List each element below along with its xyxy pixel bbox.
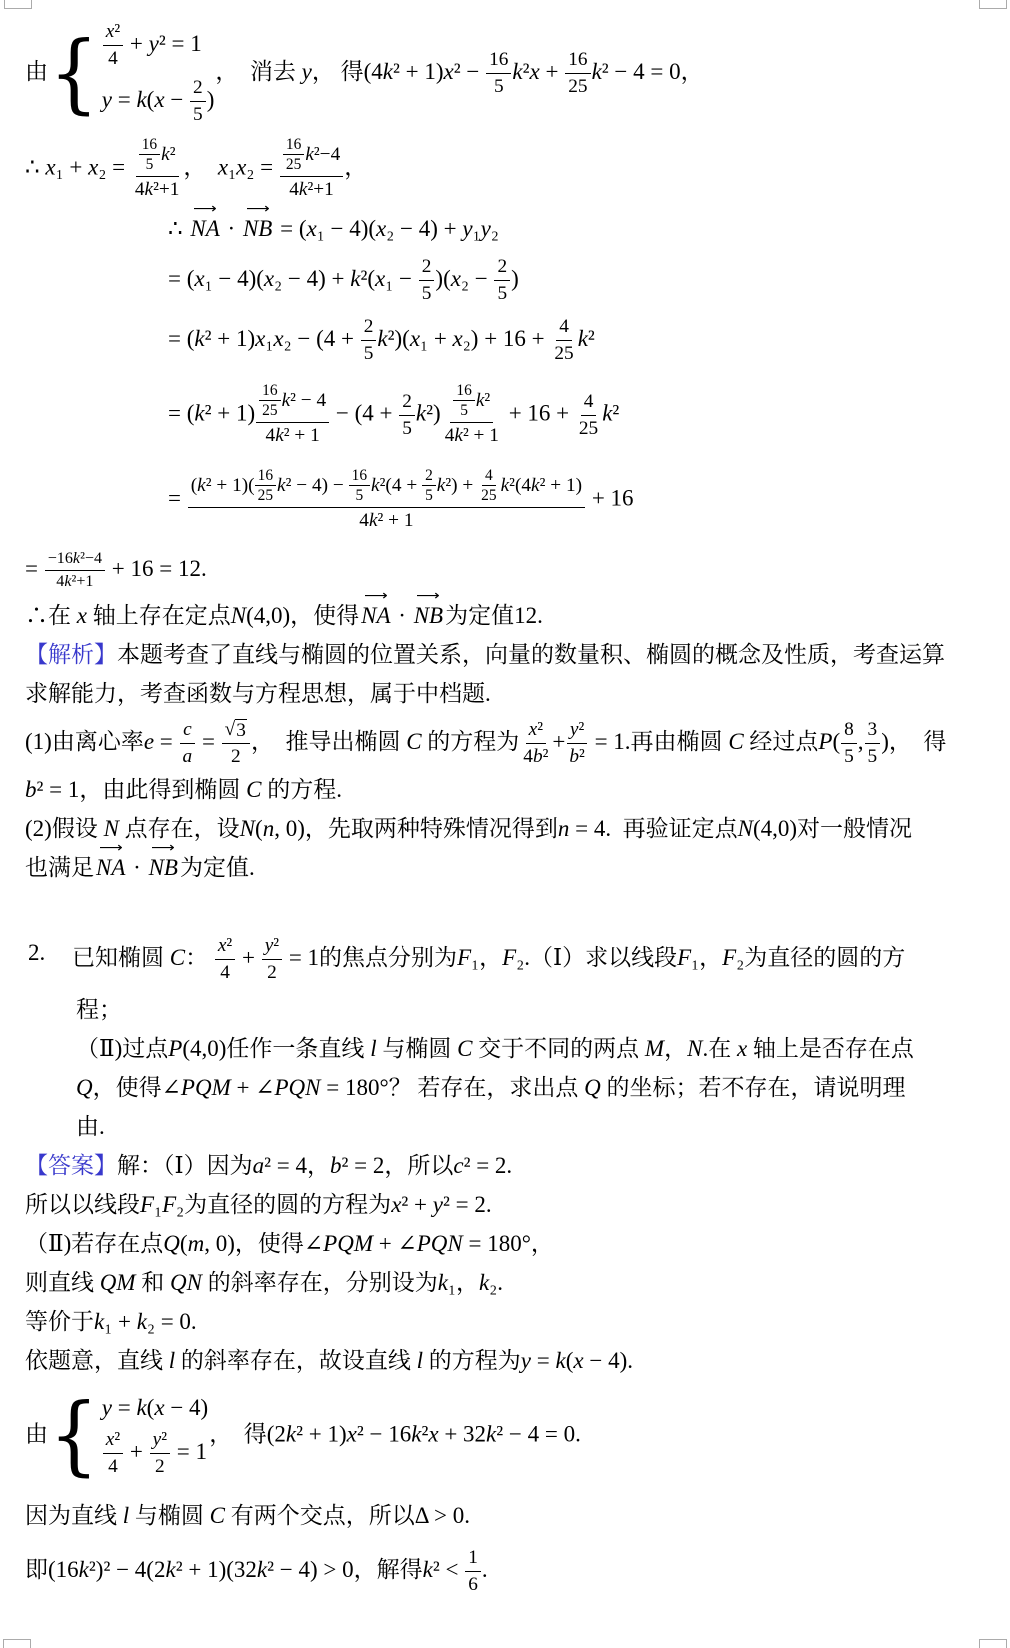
system-rows: x²4 + y² = 1y = k(x − 25) (102, 20, 215, 128)
text-run: 所以以线段F₁F₂为直径的圆的方程为x² + y² = 2. (25, 1192, 492, 1217)
text-run: k² (578, 326, 595, 351)
numerator: 2 (190, 76, 206, 102)
math-variable: n (558, 816, 570, 841)
fraction: 165k²4k² + 1 (442, 382, 502, 449)
text-run: 2 (497, 256, 507, 277)
math-variable: k (161, 144, 170, 165)
text-run: x² (529, 719, 543, 740)
math-variable: k (277, 475, 286, 496)
denominator: a (180, 744, 196, 769)
math-variable: x (88, 154, 98, 179)
text-run: 2 (193, 77, 203, 98)
math-variable: k (73, 550, 80, 567)
text-run: 8 (844, 719, 854, 740)
text-run: = (x₁ − 4)(x₂ − 4) + y₁y₂ (274, 216, 499, 241)
vector-body: NB (414, 603, 443, 628)
text-run: 16 (262, 382, 277, 399)
corner-mark-top-left (4, 0, 32, 9)
text-run: = (168, 485, 187, 510)
numerator: 16 (565, 48, 590, 74)
fraction: x²4 (103, 20, 123, 71)
text-run: 则直线 QM 和 QN 的斜率存在，分别设为k₁，k₂. (25, 1270, 503, 1295)
math-variable: k (438, 1270, 448, 1295)
text-run: 本题考查了直线与椭圆的位置关系，向量的数量积、椭圆的概念及性质，考查运算 (117, 642, 945, 667)
document-body: 由{x²4 + y² = 1y = k(x − 25)， 消去 y， 得(4k²… (0, 0, 1010, 1598)
fraction: 1625 (259, 382, 280, 420)
math-variable: k (531, 475, 540, 496)
denominator: 25 (283, 155, 304, 173)
math-variable: x (154, 87, 164, 112)
numerator: x² (103, 20, 123, 46)
math-variable: k (512, 59, 522, 84)
math-variable: y (433, 1192, 443, 1217)
math-variable: k (144, 179, 153, 200)
text-run: 4 (108, 1456, 118, 1477)
text-run: = (k² + 1)x₁x₂ − (4 + (168, 326, 360, 351)
fraction: 25 (399, 390, 415, 441)
math-variable: b (25, 777, 37, 802)
denominator: 2 (228, 744, 244, 769)
math-variable: x (106, 21, 115, 42)
text-run: ∴在 x 轴上存在定点N(4,0)，使得 (25, 603, 359, 628)
fraction: 25 (422, 467, 436, 505)
item-body: 已知椭圆 C： x²4 + y²2 = 1的焦点分别为F₁，F₂.（Ⅰ）求以线段… (72, 934, 986, 985)
numerator: 2 (422, 467, 436, 486)
math-variable: k (194, 326, 204, 351)
math-variable: k (416, 401, 426, 426)
fraction: −16k²−44k²+1 (45, 549, 105, 592)
math-variable: C (246, 777, 261, 802)
math-variable: k (555, 1348, 565, 1373)
text-run: 4k²+1 (289, 179, 334, 200)
analysis-heading-line: 【解析】本题考查了直线与椭圆的位置关系，向量的数量积、椭圆的概念及性质，考查运算 (25, 636, 986, 673)
fraction: 165 (349, 467, 370, 505)
text-run: k² − 4) − (277, 475, 349, 496)
text-run: 程； (76, 997, 122, 1022)
answer-system-line: 由{y = k(x − 4)x²4 + y²2 = 1， 得(2k² + 1)x… (25, 1391, 986, 1481)
text-run: + (124, 1439, 148, 1464)
system-row: y = k(x − 4) (102, 1393, 208, 1423)
math-variable: F (722, 945, 736, 970)
vieta-line: ∴ x₁ + x₂ = 165k²4k²+1， x₁x₂ = 1625k²−44… (25, 136, 986, 203)
text-run: 25 (258, 487, 273, 504)
math-variable: a (253, 1153, 265, 1178)
text-run: 25 (286, 156, 301, 173)
numerator: 16 (486, 48, 511, 74)
fraction: y²2 (262, 934, 282, 985)
vector-body: NB (243, 216, 272, 241)
math-variable: M (645, 1036, 664, 1061)
math-variable: k (371, 475, 380, 496)
analysis-step-1b: b² = 1，由此得到椭圆 C 的方程. (25, 771, 986, 808)
text-run: 由. (76, 1114, 105, 1139)
text-run: 2 (425, 467, 433, 484)
fraction: x²4b² (520, 718, 551, 769)
text-run: x² (106, 21, 120, 42)
vector-NB: ⟶NB (414, 597, 443, 634)
text-run: k²) (416, 401, 441, 426)
text-run: 4b² (523, 746, 548, 767)
math-variable: y (102, 1395, 112, 1420)
text-run: 4k²+1 (135, 179, 180, 200)
math-variable: x (347, 1422, 357, 1447)
denominator: 4 (105, 46, 121, 71)
text-run: b² = 1，由此得到椭圆 C 的方程. (25, 777, 342, 802)
denominator: 4k² + 1 (356, 508, 416, 533)
fraction: y²b² (566, 718, 587, 769)
math-variable: PQN (274, 1075, 320, 1100)
math-variable: l (123, 1503, 129, 1528)
math-variable: l (417, 1348, 423, 1373)
numerator: 4 (581, 390, 597, 416)
numerator: 8 (841, 718, 857, 744)
math-variable: k (282, 390, 291, 411)
text-run: ， 得(2k² + 1)x² − 16k²x + 32k² − 4 = 0. (209, 1422, 581, 1447)
numerator: c (180, 718, 195, 744)
math-variable: k (257, 1557, 267, 1582)
numerator: x² (215, 934, 235, 960)
left-brace: { (49, 33, 99, 115)
numerator: y² (262, 934, 282, 960)
math-variable: x (428, 1422, 438, 1447)
vector-arrow-icon: ⟶ (246, 203, 270, 217)
answer-heading-line: 【答案】解：（Ⅰ）因为a² = 4，b² = 2，所以c² = 2. (25, 1147, 986, 1184)
math-variable: k (369, 510, 378, 531)
text-run: + y² = 1 (124, 31, 202, 56)
text-run: 因为直线 l 与椭圆 C 有两个交点，所以Δ > 0. (25, 1503, 470, 1528)
numerator: 16 (259, 382, 280, 401)
math-variable: k (79, 1557, 89, 1582)
radicand: 3 (235, 719, 247, 742)
fraction: 35 (865, 718, 881, 769)
math-variable: NB (243, 216, 272, 241)
fraction: y²2 (150, 1428, 170, 1479)
math-variable: y (521, 1348, 531, 1373)
vector-NA: ⟶NA (96, 849, 125, 886)
numerator: 2 (494, 255, 510, 281)
numerator: −16k²−4 (45, 549, 105, 571)
text-run: 25 (554, 343, 573, 364)
text-run: 已知椭圆 C： (72, 945, 214, 970)
text-run: 为定值. (180, 855, 255, 880)
math-variable: PQM (181, 1075, 231, 1100)
fraction: 425 (551, 315, 576, 366)
text-run: 5 (460, 402, 468, 419)
math-variable: c (183, 719, 192, 740)
vector-NB: ⟶NB (243, 210, 272, 247)
denominator: 5 (491, 74, 507, 99)
text-run: · (393, 603, 412, 628)
fraction: x²4 (215, 934, 235, 985)
fraction: ca (180, 718, 196, 769)
numerator: 3 (865, 718, 881, 744)
denominator: 4k²+1 (53, 571, 96, 592)
fraction: 425 (576, 390, 601, 441)
math-variable: y (265, 935, 274, 956)
text-run: Q，使得∠PQM + ∠PQN = 180°？ 若存在，求出点 Q 的坐标；若不… (76, 1075, 906, 1100)
text-run: + (236, 945, 260, 970)
math-variable: x (444, 59, 454, 84)
math-variable: NA (190, 216, 219, 241)
math-variable: l (169, 1348, 175, 1373)
problem-2-cont-2: （Ⅱ)过点P(4,0)任作一条直线 l 与椭圆 C 交于不同的两点 M，N.在 … (76, 1030, 986, 1067)
denominator: 4 (217, 960, 233, 985)
corner-mark-bottom-left (3, 1639, 31, 1648)
math-variable: x (255, 326, 265, 351)
numerator: 4 (556, 315, 572, 341)
denominator: b² (566, 744, 587, 769)
math-variable: C (210, 1503, 225, 1528)
equation-system: {y = k(x − 4)x²4 + y²2 = 1 (49, 1393, 208, 1479)
answer-delta-line: 因为直线 l 与椭圆 C 有两个交点，所以Δ > 0. (25, 1497, 986, 1534)
text-run: 4k² + 1 (266, 425, 320, 446)
math-variable: k (411, 1422, 421, 1447)
text-run: y = k(x − (102, 87, 189, 112)
numerator: 1625k² − 4 (256, 382, 329, 424)
text-run: k² − 4 (282, 390, 327, 411)
problem-2-cont-3: Q，使得∠PQM + ∠PQN = 180°？ 若存在，求出点 Q 的坐标；若不… (76, 1069, 986, 1106)
text-run: 5 (868, 746, 878, 767)
numerator: (k² + 1)(1625k² − 4) − 165k²(4 + 25k²) +… (188, 467, 585, 509)
math-variable: N (104, 816, 119, 841)
fraction: 85 (841, 718, 857, 769)
numerator: 2 (419, 255, 435, 281)
text-run: 1 (468, 1547, 478, 1568)
text-run: 解：（Ⅰ）因为a² = 4，b² = 2，所以c² = 2. (117, 1153, 512, 1178)
text-run: 25 (262, 402, 277, 419)
denominator: 25 (259, 401, 280, 419)
denominator: 5 (143, 155, 157, 173)
denominator: 5 (841, 744, 857, 769)
item-number: 2. (28, 934, 72, 985)
math-variable: x (106, 1429, 115, 1450)
document-page: 由{x²4 + y² = 1y = k(x − 25)， 消去 y， 得(4k²… (0, 0, 1010, 1648)
text-run: 25 (568, 76, 587, 97)
math-variable: k (578, 326, 588, 351)
left-brace: { (49, 1395, 99, 1477)
math-variable: k (286, 1422, 296, 1447)
text-run: 等价于k₁ + k₂ = 0. (25, 1309, 197, 1334)
text-run: ∴ x₁ + x₂ = (25, 154, 131, 179)
text-run: )(x₂ − (435, 266, 493, 291)
math-variable: y (102, 87, 112, 112)
text-run: ， 推导出椭圆 C 的方程为 (251, 729, 519, 754)
vector-arrow-icon: ⟶ (193, 203, 217, 217)
fraction: 165 (139, 136, 160, 174)
text-run: = (x₁ − 4)(x₂ − 4) + k²(x₁ − (168, 266, 418, 291)
math-variable: k (64, 573, 71, 590)
text-run: 5 (422, 283, 432, 304)
math-variable: Q (163, 1231, 180, 1256)
text-run: 4 (220, 962, 230, 983)
radical-sign: √ (225, 719, 236, 741)
math-variable: y (149, 31, 159, 56)
numerator: y² (150, 1428, 170, 1454)
vector-arrow-icon: ⟶ (364, 590, 388, 604)
problem-2: 2.已知椭圆 C： x²4 + y²2 = 1的焦点分别为F₁，F₂.（Ⅰ）求以… (25, 934, 986, 985)
fraction: (k² + 1)(1625k² − 4) − 165k²(4 + 25k²) +… (188, 467, 585, 534)
numerator: 16 (349, 467, 370, 486)
math-variable: n (263, 816, 275, 841)
vector-body: NA (190, 216, 219, 241)
text-run: = (25, 556, 44, 581)
text-run: 5 (402, 418, 412, 439)
math-variable: x (218, 935, 227, 956)
text-run: 即(16k²)² − 4(2k² + 1)(32k² − 4) > 0，解得k²… (25, 1557, 464, 1582)
text-run: ， 消去 y， 得(4k² + 1)x² − (215, 59, 485, 84)
text-run: 4 (485, 467, 493, 484)
math-variable: k (383, 59, 393, 84)
vector-arrow-icon: ⟶ (99, 842, 123, 856)
fraction: 1625k²−44k²+1 (280, 136, 343, 203)
denominator: 5 (457, 401, 471, 419)
math-variable: Q (76, 1075, 93, 1100)
math-variable: x (530, 59, 540, 84)
vector-NA: ⟶NA (190, 210, 219, 247)
math-variable: k (94, 1309, 104, 1334)
dot-product-line-4: = (k² + 1)1625k² − 44k² + 1 − (4 + 25k²)… (168, 382, 986, 449)
denominator: 5 (399, 416, 415, 441)
text-run: k² (161, 144, 175, 165)
conclusion-line: ∴在 x 轴上存在定点N(4,0)，使得⟶NA · ⟶NB为定值12. (25, 597, 986, 634)
text-run: 16 (286, 136, 301, 153)
math-variable: x (194, 266, 204, 291)
denominator: 4k²+1 (132, 177, 183, 202)
math-variable: x (451, 266, 461, 291)
math-variable: P (818, 729, 832, 754)
text-run: 2 (231, 746, 241, 767)
text-run: , (858, 729, 864, 754)
text-run: k²x + (512, 59, 564, 84)
answer-line-6: 依题意，直线 l 的斜率存在，故设直线 l 的方程为y = k(x − 4). (25, 1342, 986, 1379)
vector-arrow-icon: ⟶ (417, 590, 441, 604)
numerator: 165k² (450, 382, 493, 424)
text-run: k²(4 + (371, 475, 422, 496)
math-variable: k (197, 475, 206, 496)
answer-line-5: 等价于k₁ + k₂ = 0. (25, 1303, 986, 1340)
denominator: 5 (494, 281, 510, 306)
fraction: 1625 (565, 48, 590, 99)
math-variable: k (165, 1557, 175, 1582)
text-run: 2 (422, 256, 432, 277)
math-variable: F (140, 1192, 154, 1217)
math-variable: F (457, 945, 471, 970)
numerator: 1 (465, 1546, 481, 1572)
math-variable: k (437, 475, 446, 496)
math-variable: b (533, 746, 543, 767)
text-run: (1)由离心率e = (25, 729, 179, 754)
text-run: 5 (364, 343, 374, 364)
numerator: 16 (255, 467, 276, 486)
text-run: = 1.再由椭圆 C 经过点P( (589, 729, 840, 754)
text-run: (2)假设 N 点存在，设N(n, 0)，先取两种特殊情况得到n = 4. 再验… (25, 816, 912, 841)
math-variable: C (170, 945, 185, 970)
math-variable: y (462, 216, 472, 241)
fraction: x²4 (103, 1428, 123, 1479)
math-variable: C (406, 729, 421, 754)
denominator: 25 (576, 416, 601, 441)
text-run: + 16 = 12. (106, 556, 207, 581)
text-run: 25 (579, 418, 598, 439)
text-run: 4k² + 1 (445, 425, 499, 446)
text-run: （Ⅱ)若存在点Q(m, 0)，使得∠PQM + ∠PQN = 180°， (25, 1231, 554, 1256)
problem-2-cont-1: 程； (76, 991, 986, 1028)
denominator: 25 (478, 486, 499, 504)
math-variable: c (453, 1153, 463, 1178)
fraction: 25 (190, 76, 206, 127)
math-variable: k (423, 1557, 433, 1582)
vector-NA: ⟶NA (361, 597, 390, 634)
math-variable: e (144, 729, 154, 754)
text-run: (k² + 1)( (191, 475, 255, 496)
text-run: 求解能力，考查函数与方程思想，属于中档题. (25, 681, 491, 706)
text-run: k²(4k² + 1) (501, 475, 582, 496)
math-variable: k (305, 144, 314, 165)
text-run: 为定值12. (445, 603, 543, 628)
text-run: y² (265, 935, 279, 956)
text-run: 4k² + 1 (359, 510, 413, 531)
text-run: 16 (568, 49, 587, 70)
denominator: 2 (264, 960, 280, 985)
math-variable: k (137, 1309, 147, 1334)
math-variable: x (264, 266, 274, 291)
text-run: = (196, 729, 220, 754)
text-run: . (482, 1557, 488, 1582)
math-variable: k (486, 1422, 496, 1447)
text-run: 25 (481, 487, 496, 504)
vector-arrow-icon: ⟶ (151, 842, 175, 856)
math-variable: NB (414, 603, 443, 628)
math-variable: F (162, 1192, 176, 1217)
fraction: 1625 (255, 467, 276, 505)
dot-product-line-3: = (k² + 1)x₁x₂ − (4 + 25k²)(x₁ + x₂) + 1… (168, 315, 986, 366)
section-label: 【解析】 (25, 642, 117, 667)
math-variable: k (479, 1270, 489, 1295)
math-variable: b (330, 1153, 342, 1178)
fraction: 25 (494, 255, 510, 306)
fraction: 25 (419, 255, 435, 306)
text-run: k²−4 (305, 144, 340, 165)
text-run: + (552, 729, 565, 754)
text-run: b² (569, 746, 584, 767)
fraction: 165 (486, 48, 511, 99)
dot-product-result: = −16k²−44k²+1 + 16 = 12. (25, 549, 986, 592)
math-variable: k (377, 326, 387, 351)
text-run: 4k²+1 (56, 573, 93, 590)
math-variable: NA (361, 603, 390, 628)
vector-body: NB (149, 855, 178, 880)
fraction: 165k²4k²+1 (132, 136, 183, 203)
math-variable: k (299, 179, 308, 200)
math-variable: k (350, 266, 360, 291)
text-run: k²)(x₁ + x₂) + 16 + (377, 326, 550, 351)
math-variable: k (592, 59, 602, 84)
math-variable: k (275, 425, 284, 446)
text-run: y² (570, 719, 584, 740)
denominator: 6 (465, 1572, 481, 1597)
vector-body: NA (361, 603, 390, 628)
text-run: 由 (25, 1422, 48, 1447)
math-variable: x (375, 266, 385, 291)
text-run: )， 得 (881, 729, 946, 754)
denominator: 25 (551, 341, 576, 366)
text-run: a (183, 746, 193, 767)
text-run: x² (218, 935, 232, 956)
fraction: √32 (222, 718, 250, 769)
numerator: 16 (453, 382, 474, 401)
numerator: 16 (283, 136, 304, 155)
text-run: 2 (364, 316, 374, 337)
